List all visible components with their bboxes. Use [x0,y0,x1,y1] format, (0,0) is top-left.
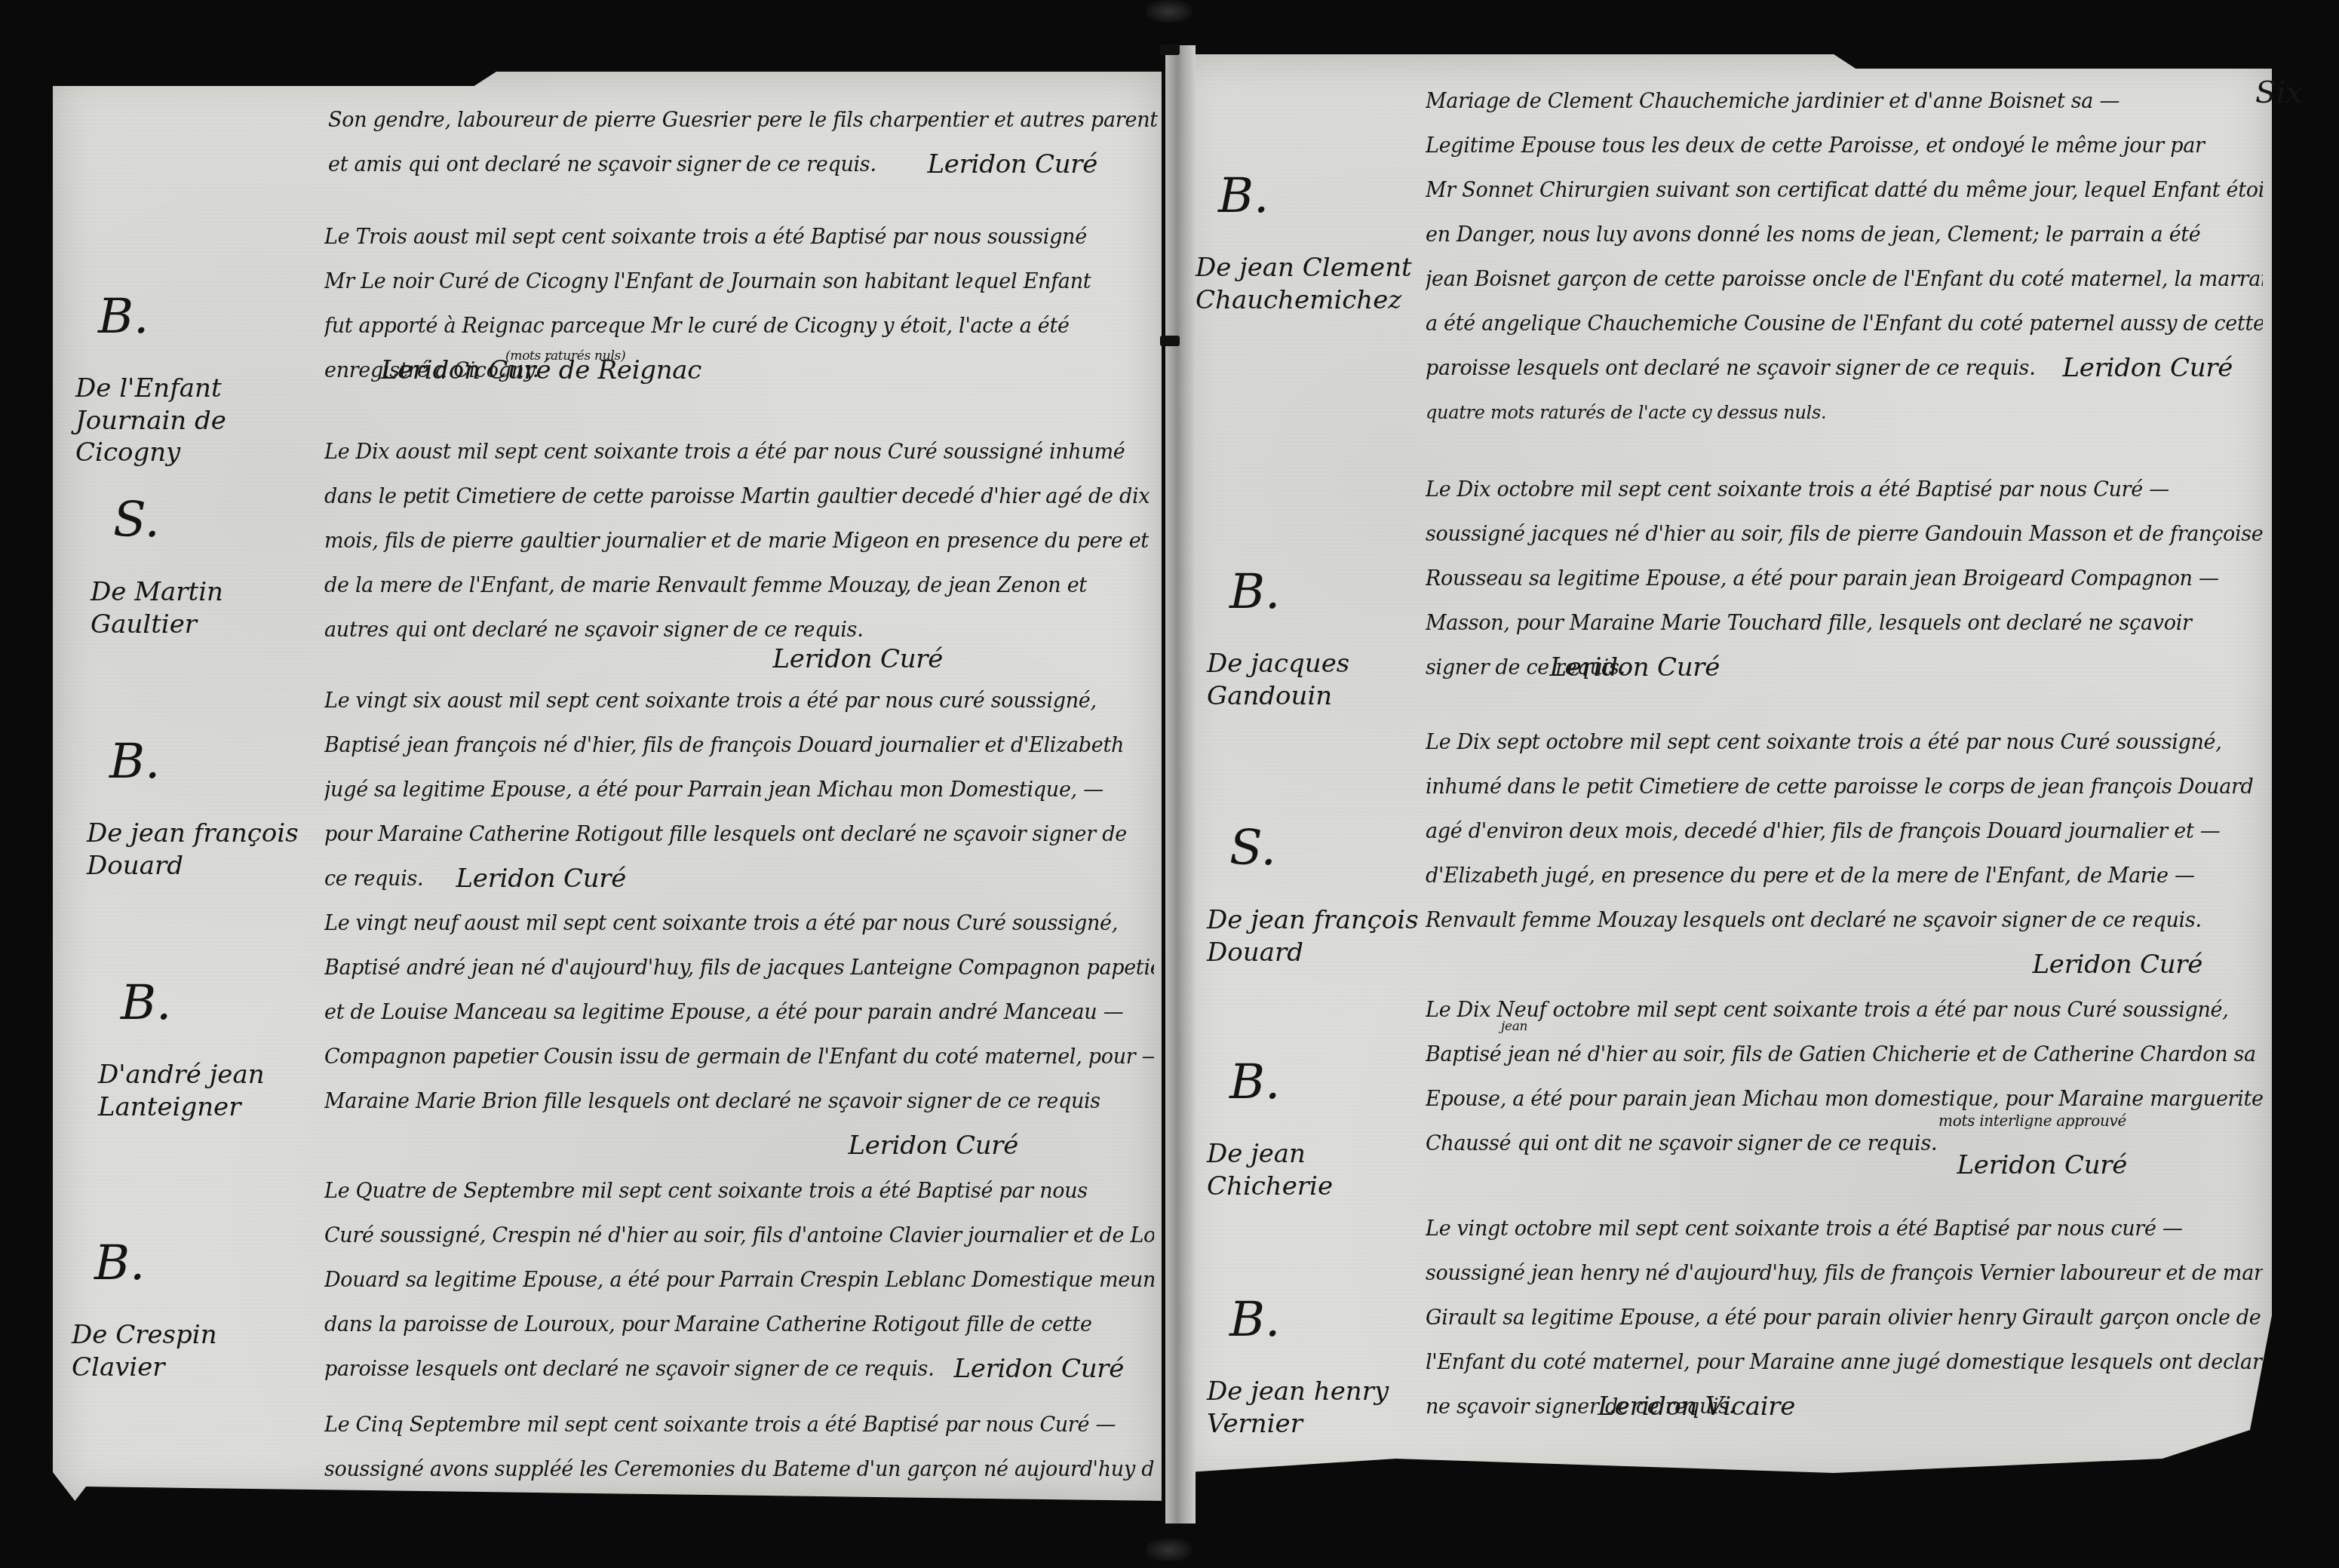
entry-ceremonies-supplied: Le Cinq Septembre mil sept cent soixante… [324,1403,1154,1492]
entry-baptism-clavier: Le Quatre de Septembre mil sept cent soi… [324,1169,1154,1392]
entry-burial-gaultier: Le Dix aoust mil sept cent soixante troi… [324,430,1154,682]
entry-burial-douard: Le Dix sept octobre mil sept cent soixan… [1426,720,2263,987]
margin-note-baptism-douard: B. De jean françois Douard [87,705,313,882]
binding-tie-bottom [1146,1539,1192,1561]
signature: Leridon Curé [324,857,1154,901]
margin-note-baptism-vernier: B. De jean henry Vernier [1207,1263,1433,1440]
binding-stitch [1160,336,1180,346]
entry-baptism-gandouin: Le Dix octobre mil sept cent soixante tr… [1426,468,2263,690]
margin-note-baptism-clavier: B. De Crespin Clavier [72,1207,298,1383]
signature: Leridon Curé [324,1124,1154,1168]
entry-baptism-chicherie: Le Dix Neuf octobre mil sept cent soixan… [1426,988,2263,1188]
binding-tie-top [1146,0,1192,23]
margin-note-baptism-journain: B. De l'Enfant Journain de Cicogny [75,260,324,469]
signature: Leridon Curé [1426,646,2263,690]
correction-note: quatre mots raturés de l'acte cy dessus … [1426,391,2263,435]
entry-baptism-lanteigne: Le vingt neuf aoust mil sept cent soixan… [324,901,1154,1168]
top-right-mark: Six [2255,75,2303,110]
entry-baptism-journain: Le Trois aoust mil sept cent soixante tr… [324,215,1154,393]
binding-gutter [1165,45,1196,1524]
margin-note-baptism-chicherie: B. De jean Chicherie [1207,1026,1433,1202]
entry-baptism-douard: Le vingt six aoust mil sept cent soixant… [324,679,1154,901]
signature: Leridon Curé de Reignac [324,348,1154,393]
margin-note-baptism-chauchemiche: B. De jean Clement Chauchemichez [1196,140,1429,316]
entry-baptism-vernier: Le vingt octobre mil sept cent soixante … [1426,1207,2263,1429]
margin-note-burial-gaultier: S. De Martin Gaultier [91,464,317,640]
signature: Leridon Curé [1426,943,2263,987]
binding-stitch [1160,44,1180,55]
margin-note-burial-douard: S. De jean françois Douard [1207,792,1433,968]
margin-note-baptism-lanteigne: B. D'andré jean Lanteigner [98,947,324,1123]
entry-baptism-chauchemiche: Mariage de Clement Chauchemiche jardinie… [1426,79,2263,435]
margin-note-baptism-gandouin: B. De jacques Gandouin [1207,535,1433,712]
left-continuation: Son gendre, laboureur de pierre Guesrier… [328,98,1158,187]
